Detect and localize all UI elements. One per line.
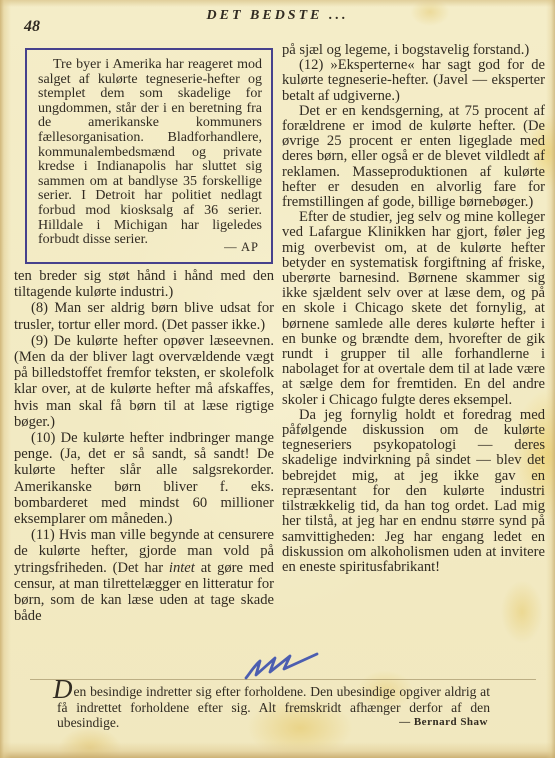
column-left: ten breder sig støt hånd i hånd med den … [14,268,274,624]
footer-divider-rule [30,679,536,680]
news-box-attribution: — AP [224,240,259,255]
paragraph-point-9: (9) De kulørte hefter opøver læseevnen. … [14,333,274,430]
paragraph-continuation: ten breder sig støt hånd i hånd med den … [14,268,274,300]
paragraph-point-10: (10) De kulørte hefter indbringer mange … [14,430,274,527]
footer-quote: Den besindige indretter sig efter forhol… [57,684,490,731]
column-right: på sjæl og legeme, i bogstavelig forstan… [282,43,545,575]
magazine-page: 48 DET BEDSTE ... Tre byer i Amerika har… [0,0,555,758]
paragraph-point-11-emphasis: intet [169,560,195,576]
header-title: DET BEDSTE ... [0,8,555,24]
paragraph-statistics: Det er en kendsgerning, at 75 procent af… [282,104,545,210]
paragraph-point-8: (8) Man ser aldrig børn blive udsat for … [14,300,274,332]
paragraph-point-11: (11) Hvis man ville begynde at censurere… [14,527,274,624]
paragraph-point-12: (12) »Eksperterne« har sagt god for de k… [282,58,545,104]
quote-drop-cap: D [53,682,73,696]
news-box: Tre byer i Amerika har reageret mod salg… [25,48,273,264]
paragraph-lafargue-study: Efter de studier, jeg selv og mine kolle… [282,210,545,408]
paragraph-lecture-anecdote: Da jeg fornylig holdt et foredrag med på… [282,408,545,575]
paragraph-continuation-right: på sjæl og legeme, i bogstavelig forstan… [282,43,545,58]
quote-attribution: — Bernard Shaw [399,715,488,731]
news-box-text: Tre byer i Amerika har reageret mod salg… [38,58,262,248]
